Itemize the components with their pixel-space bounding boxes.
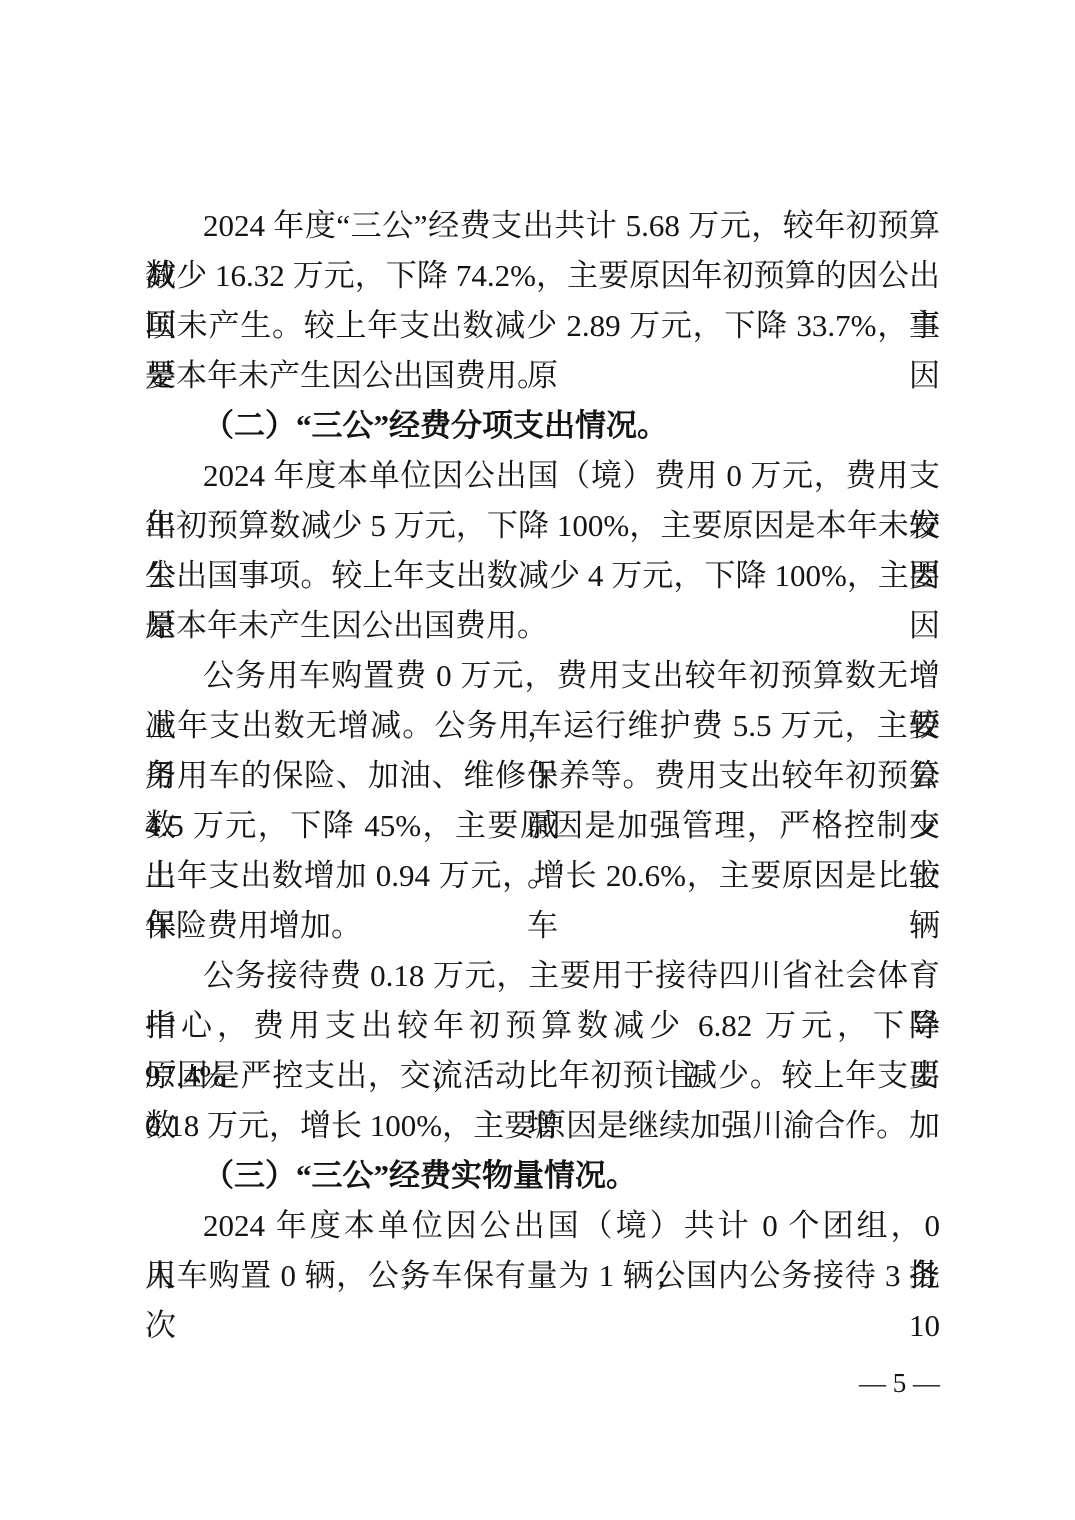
section-heading: （三）“三公”经费实物量情况。: [145, 1151, 940, 1201]
text-line: 用车购置 0 辆，公务车保有量为 1 辆；国内公务接待 3 批次 10: [145, 1251, 940, 1301]
page-number: — 5 —: [859, 1368, 940, 1398]
text-line: 项未产生。较上年支出数减少 2.89 万元，下降 33.7%，主要原因: [145, 301, 940, 351]
text-line: 中心，费用支出较年初预算数减少 6.82 万元，下降 97.4%，主要: [145, 1001, 940, 1051]
text-line: 0.18 万元，增长 100%，主要原因是继续加强川渝合作。: [145, 1101, 940, 1151]
text-line: 上年支出数增加 0.94 万元，增长 20.6%，主要原因是比上年车辆: [145, 851, 940, 901]
text-line: 原因是严控支出，交流活动比年初预计减少。较上年支出数增加: [145, 1051, 940, 1101]
text-line: 2024 年度本单位因公出国（境）费用 0 万元，费用支出较: [145, 451, 940, 501]
text-line: 务用车的保险、加油、维修保养等。费用支出较年初预算数减少: [145, 751, 940, 801]
text-line: 4.5 万元，下降 45%，主要原因是加强管理，严格控制支出。较: [145, 801, 940, 851]
text-line: 公出国事项。较上年支出数减少 4 万元，下降 100%，主要原因: [145, 551, 940, 601]
text-line: 上年支出数无增减。公务用车运行维护费 5.5 万元，主要用于公: [145, 701, 940, 751]
text-line: 2024 年度本单位因公出国（境）共计 0 个团组，0 人；公务: [145, 1201, 940, 1251]
section-heading: （二）“三公”经费分项支出情况。: [145, 401, 940, 451]
document-page: 2024 年度“三公”经费支出共计 5.68 万元，较年初预算数减少 16.32…: [0, 0, 1075, 1520]
text-line: 2024 年度“三公”经费支出共计 5.68 万元，较年初预算数: [145, 201, 940, 251]
text-line: 公务接待费 0.18 万元，主要用于接待四川省社会体育指导: [145, 951, 940, 1001]
text-line: 公务用车购置费 0 万元，费用支出较年初预算数无增减，较: [145, 651, 940, 701]
text-line: 年初预算数减少 5 万元，下降 100%，主要原因是本年未发生因: [145, 501, 940, 551]
text-line: 减少 16.32 万元，下降 74.2%，主要原因年初预算的因公出国事: [145, 251, 940, 301]
text-block: 2024 年度“三公”经费支出共计 5.68 万元，较年初预算数减少 16.32…: [145, 201, 940, 1301]
